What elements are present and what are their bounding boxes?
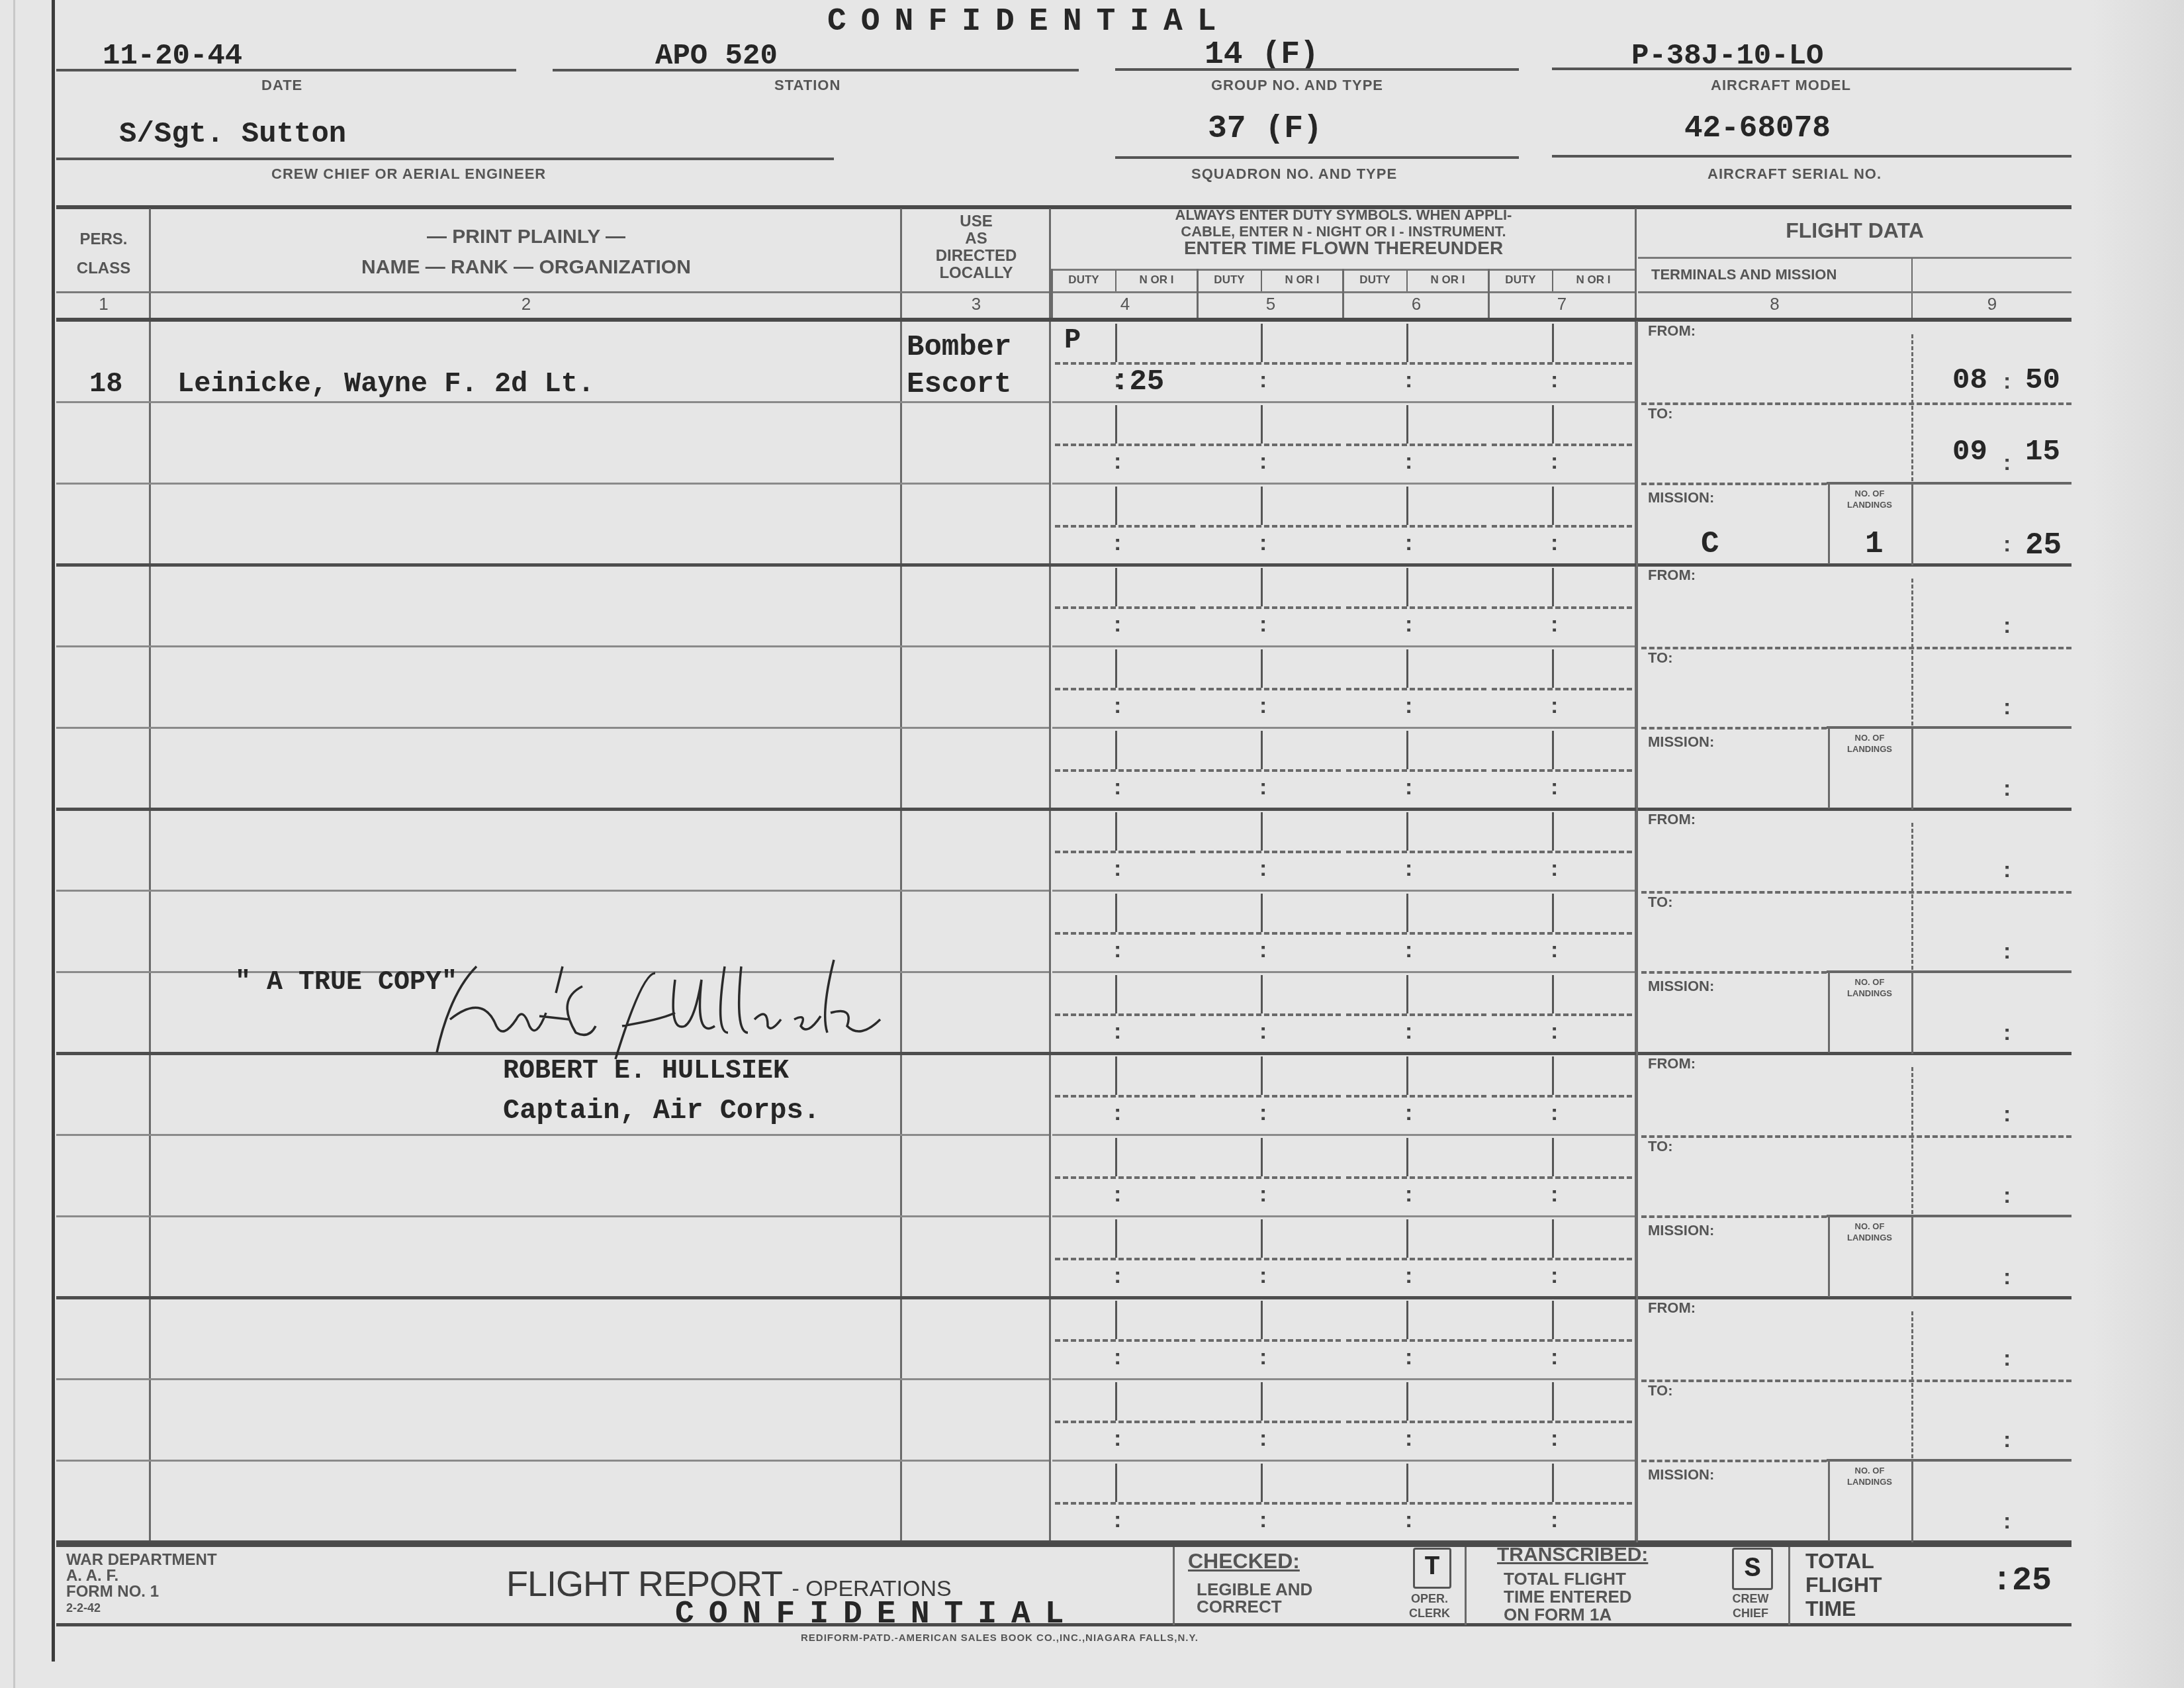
footer-top-rule bbox=[56, 1542, 2071, 1547]
duty-cell-tick bbox=[1261, 405, 1263, 444]
landings-label-2: LANDINGS bbox=[1830, 1476, 1909, 1487]
landings-label-2: LANDINGS bbox=[1830, 988, 1909, 999]
col2-number: 2 bbox=[152, 294, 900, 314]
flight-time-colon: : bbox=[2003, 1020, 2011, 1046]
row-rule-duty bbox=[1052, 645, 1635, 647]
flight-mission-label: MISSION: bbox=[1648, 733, 1714, 751]
crew-row-duty-symbol[interactable]: P bbox=[1064, 324, 1081, 356]
flight-time-colon: : bbox=[2003, 1427, 2011, 1453]
duty-cell-tick bbox=[1552, 1219, 1554, 1258]
date-value[interactable]: 11-20-44 bbox=[103, 40, 242, 73]
duty-cell-tick bbox=[1552, 324, 1554, 362]
duty-time-colon: : bbox=[1551, 1426, 1558, 1452]
duty-cell-dash bbox=[1492, 851, 1632, 853]
landings-label-1: NO. OF bbox=[1830, 488, 1909, 499]
crew-chief-initial-box[interactable]: S bbox=[1732, 1548, 1773, 1590]
col-divider-3 bbox=[1049, 209, 1051, 1546]
duty-time-colon: : bbox=[1259, 1019, 1267, 1045]
landings-label: NO. OF LANDINGS bbox=[1830, 488, 1909, 510]
transcribed-text-2: TIME ENTERED bbox=[1504, 1588, 1632, 1606]
flight-mission-label: MISSION: bbox=[1648, 978, 1714, 995]
duty-cell-tick bbox=[1552, 812, 1554, 851]
duty-cell-tick bbox=[1406, 812, 1408, 851]
duty-time-colon: : bbox=[1551, 449, 1558, 475]
block-rule bbox=[56, 1296, 2071, 1299]
checked-text-1: LEGIBLE AND bbox=[1197, 1581, 1312, 1598]
duty-cell-dash bbox=[1346, 444, 1486, 446]
signer-title: Captain, Air Corps. bbox=[503, 1095, 820, 1127]
duty-cell-tick bbox=[1406, 1138, 1408, 1176]
duty-time-colon: : bbox=[1551, 1263, 1558, 1289]
left-margin-border bbox=[52, 0, 55, 1662]
block-rule bbox=[56, 563, 2071, 567]
duty-time-colon: : bbox=[1259, 1100, 1267, 1126]
duty-cell-tick bbox=[1552, 731, 1554, 769]
dept-line4: 2-2-42 bbox=[66, 1600, 217, 1616]
transcribed-text-1: TOTAL FLIGHT bbox=[1504, 1570, 1632, 1588]
station-value[interactable]: APO 520 bbox=[655, 40, 778, 73]
duty-instructions-line1: ALWAYS ENTER DUTY SYMBOLS. WHEN APPLI- bbox=[1052, 207, 1635, 223]
flight-to-min[interactable]: 15 bbox=[2025, 436, 2060, 469]
row-rule-duty bbox=[1052, 727, 1635, 729]
duty-time-colon: : bbox=[1259, 774, 1267, 800]
col3-header-line1: USE bbox=[903, 213, 1049, 230]
duty-cell-tick bbox=[1115, 975, 1117, 1013]
flight-time-dash-divider bbox=[1911, 823, 1913, 970]
crew-chief-footer-label: CREW CHIEF bbox=[1724, 1591, 1777, 1620]
duty-cell-dash bbox=[1201, 932, 1341, 935]
crew-chief-footer-label-1: CREW bbox=[1724, 1591, 1777, 1606]
oper-clerk-label-1: OPER. bbox=[1403, 1591, 1456, 1606]
duty-cell-tick bbox=[1406, 1219, 1408, 1258]
duty-time-colon: : bbox=[1114, 856, 1121, 882]
station-underline bbox=[553, 69, 1079, 71]
footer-bottom-rule bbox=[56, 1623, 2071, 1626]
duty-cell-dash bbox=[1201, 688, 1341, 690]
crew-row-pers-class[interactable]: 18 bbox=[89, 368, 122, 400]
duty-cell-dash bbox=[1346, 1013, 1486, 1016]
duty-cell-dash bbox=[1201, 606, 1341, 609]
flight-time-dash-divider bbox=[1911, 334, 1913, 481]
checked-text-2: CORRECT bbox=[1197, 1598, 1312, 1615]
duty-cell-tick bbox=[1261, 1056, 1263, 1095]
duty-time-colon: : bbox=[1259, 1263, 1267, 1289]
flight-data-left-border bbox=[1636, 321, 1638, 1546]
duty-subheader-nori: N OR I bbox=[1115, 273, 1198, 287]
duty-cell-dash bbox=[1201, 851, 1341, 853]
duty-time-colon: : bbox=[1551, 1182, 1558, 1207]
duty-cell-tick bbox=[1115, 405, 1117, 444]
flight-time-divider bbox=[1911, 972, 1913, 1054]
duty-cell-dash bbox=[1492, 1339, 1632, 1342]
duty-cell-tick bbox=[1406, 975, 1408, 1013]
crew-row-use-line1[interactable]: Bomber bbox=[907, 331, 1011, 364]
flight-time-divider bbox=[1911, 728, 1913, 810]
duty-cell-dash bbox=[1055, 1176, 1195, 1179]
flight-to-rule-solid bbox=[1827, 726, 2071, 729]
flight-from-rule bbox=[1641, 1135, 2071, 1138]
landings-label-1: NO. OF bbox=[1830, 732, 1909, 743]
flight-time-colon: : bbox=[2003, 1102, 2011, 1127]
page-edge bbox=[13, 0, 15, 1688]
duty-time-colon: : bbox=[1259, 856, 1267, 882]
aircraft-serial-label: AIRCRAFT SERIAL NO. bbox=[1707, 165, 1882, 183]
col3-header-line3: DIRECTED bbox=[903, 248, 1049, 265]
duty-time-colon: : bbox=[1114, 1344, 1121, 1370]
aircraft-serial-value[interactable]: 42-68078 bbox=[1684, 111, 1831, 146]
duty-cell-tick bbox=[1115, 1219, 1117, 1258]
duty-cell-tick bbox=[1261, 1219, 1263, 1258]
duty-cell-dash bbox=[1201, 1502, 1341, 1505]
duty-cell-tick bbox=[1261, 487, 1263, 525]
duty-cell-tick bbox=[1552, 568, 1554, 606]
duty-cell-tick bbox=[1261, 812, 1263, 851]
flight-time-colon: : bbox=[2003, 776, 2011, 802]
duty-cell-tick bbox=[1261, 1464, 1263, 1502]
duty-cell-tick bbox=[1115, 1138, 1117, 1176]
duty-time-colon: : bbox=[1551, 367, 1558, 393]
duty-time-colon: : bbox=[1259, 1507, 1267, 1533]
col2-header-line1: — PRINT PLAINLY — bbox=[152, 222, 900, 252]
crew-row-duty-time[interactable]: :25 bbox=[1112, 365, 1164, 399]
duty-cell-tick bbox=[1115, 487, 1117, 525]
duty-time-colon: : bbox=[1405, 856, 1412, 882]
flight-to-rule bbox=[1641, 483, 1827, 485]
duty-subheader-duty: DUTY bbox=[1343, 273, 1406, 287]
col3-number: 3 bbox=[903, 294, 1049, 314]
duty-cell-tick bbox=[1552, 1464, 1554, 1502]
flight-to-rule bbox=[1641, 971, 1827, 974]
group-label: GROUP NO. AND TYPE bbox=[1211, 77, 1383, 94]
duty-cell-dash bbox=[1055, 606, 1195, 609]
aircraft-model-label: AIRCRAFT MODEL bbox=[1711, 77, 1851, 94]
landings-label: NO. OF LANDINGS bbox=[1830, 976, 1909, 999]
flight-from-rule bbox=[1641, 402, 2071, 405]
duty-time-colon: : bbox=[1259, 1344, 1267, 1370]
date-label: DATE bbox=[261, 77, 302, 94]
duty-cell-dash bbox=[1492, 1502, 1632, 1505]
col9-number: 9 bbox=[1913, 294, 2071, 314]
duty-cell-dash bbox=[1055, 362, 1195, 365]
flight-from-rule bbox=[1641, 891, 2071, 894]
flight-to-hour[interactable]: 09 bbox=[1952, 436, 1987, 469]
duty-time-colon: : bbox=[1259, 693, 1267, 719]
flight-time-colon: : bbox=[2003, 369, 2011, 395]
duty-cell-dash bbox=[1201, 1421, 1341, 1423]
oper-clerk-label: OPER. CLERK bbox=[1403, 1591, 1456, 1620]
duty-cell-dash bbox=[1492, 444, 1632, 446]
duty-time-colon: : bbox=[1405, 1019, 1412, 1045]
block-rule bbox=[56, 1052, 2071, 1055]
date-underline bbox=[56, 69, 516, 71]
duty-subheader-duty: DUTY bbox=[1489, 273, 1552, 287]
dept-line2: A. A. F. bbox=[66, 1568, 217, 1584]
col3-header-line4: LOCALLY bbox=[903, 265, 1049, 282]
flight-duration[interactable]: 25 bbox=[2025, 528, 2062, 563]
flight-time-dash-divider bbox=[1911, 1067, 1913, 1214]
duty-cell-dash bbox=[1492, 1258, 1632, 1260]
flight-time-colon: : bbox=[2003, 450, 2011, 476]
flight-time-colon: : bbox=[2003, 1264, 2011, 1290]
landings-label-1: NO. OF bbox=[1830, 1221, 1909, 1232]
duty-cell-tick bbox=[1115, 731, 1117, 769]
row-rule-duty bbox=[1052, 1215, 1635, 1217]
duty-cell-tick bbox=[1406, 731, 1408, 769]
footer-divider-transcribed bbox=[1465, 1547, 1467, 1625]
duty-time-colon: : bbox=[1259, 612, 1267, 637]
flight-to-rule bbox=[1641, 1460, 1827, 1462]
landings-label: NO. OF LANDINGS bbox=[1830, 1221, 1909, 1243]
duty-cell-tick bbox=[1261, 894, 1263, 932]
duty-cell-tick bbox=[1115, 324, 1117, 362]
duty-cell-dash bbox=[1055, 444, 1195, 446]
duty-group-number: 7 bbox=[1489, 294, 1635, 314]
duty-cell-dash bbox=[1055, 1421, 1195, 1423]
duty-time-colon: : bbox=[1551, 937, 1558, 963]
col3-header: USE AS DIRECTED LOCALLY bbox=[903, 213, 1049, 282]
duty-time-colon: : bbox=[1405, 1182, 1412, 1207]
crew-row-use-line2[interactable]: Escort bbox=[907, 368, 1011, 401]
duty-cell-tick bbox=[1552, 1301, 1554, 1339]
duty-cell-tick bbox=[1406, 1301, 1408, 1339]
total-label-2: FLIGHT bbox=[1805, 1573, 1882, 1597]
group-underline bbox=[1115, 68, 1519, 71]
col8-number: 8 bbox=[1638, 294, 1911, 314]
duty-time-colon: : bbox=[1114, 693, 1121, 719]
duty-cell-dash bbox=[1055, 1339, 1195, 1342]
duty-cell-tick bbox=[1261, 1301, 1263, 1339]
flight-to-rule-solid bbox=[1827, 970, 2071, 973]
flight-mission-label: MISSION: bbox=[1648, 1466, 1714, 1483]
duty-time-colon: : bbox=[1405, 1100, 1412, 1126]
duty-time-colon: : bbox=[1551, 530, 1558, 556]
flight-from-label: FROM: bbox=[1648, 811, 1696, 828]
row-rule-duty bbox=[1052, 483, 1635, 485]
duty-cell-dash bbox=[1201, 1013, 1341, 1016]
flight-time-colon: : bbox=[2003, 1346, 2011, 1372]
col2-header: — PRINT PLAINLY — NAME — RANK — ORGANIZA… bbox=[152, 222, 900, 283]
crew-chief-value[interactable]: S/Sgt. Sutton bbox=[119, 118, 346, 151]
colnum-rule bbox=[56, 291, 1049, 293]
duty-time-colon: : bbox=[1551, 1019, 1558, 1045]
duty-cell-dash bbox=[1346, 932, 1486, 935]
oper-clerk-label-2: CLERK bbox=[1403, 1606, 1456, 1620]
row-rule bbox=[56, 727, 1049, 729]
duty-cell-tick bbox=[1115, 649, 1117, 688]
row-rule-duty bbox=[1052, 1378, 1635, 1380]
duty-cell-tick bbox=[1115, 1382, 1117, 1421]
duty-time-colon: : bbox=[1114, 1019, 1121, 1045]
squadron-value[interactable]: 37 (F) bbox=[1208, 111, 1322, 147]
flight-time-dash-divider bbox=[1911, 579, 1913, 726]
flight-time-colon: : bbox=[2003, 1509, 2011, 1534]
row-rule bbox=[56, 1134, 1049, 1136]
duty-cell-dash bbox=[1055, 1258, 1195, 1260]
duty-cell-dash bbox=[1201, 362, 1341, 365]
duty-time-colon: : bbox=[1551, 774, 1558, 800]
duty-cell-dash bbox=[1346, 769, 1486, 772]
duty-cell-tick bbox=[1406, 1056, 1408, 1095]
duty-cell-dash bbox=[1492, 932, 1632, 935]
flight-mission-code[interactable]: C bbox=[1701, 527, 1719, 561]
duty-cell-dash bbox=[1492, 525, 1632, 528]
duty-cell-tick bbox=[1261, 1138, 1263, 1176]
duty-group-number: 5 bbox=[1198, 294, 1343, 314]
oper-clerk-initial-box[interactable]: T bbox=[1413, 1548, 1451, 1589]
station-label: STATION bbox=[774, 77, 841, 94]
flight-data-title-rule bbox=[1638, 257, 2071, 259]
transcribed-text-3: ON FORM 1A bbox=[1504, 1606, 1632, 1624]
squadron-underline bbox=[1115, 156, 1519, 159]
crew-chief-underline bbox=[56, 158, 834, 160]
row-rule bbox=[56, 1460, 1049, 1462]
group-value[interactable]: 14 (F) bbox=[1205, 37, 1319, 73]
flight-to-label: TO: bbox=[1648, 894, 1672, 911]
duty-cell-tick bbox=[1261, 975, 1263, 1013]
duty-cell-dash bbox=[1492, 362, 1632, 365]
duty-cell-dash bbox=[1346, 851, 1486, 853]
duty-time-colon: : bbox=[1114, 774, 1121, 800]
duty-cell-dash bbox=[1492, 688, 1632, 690]
duty-time-colon: : bbox=[1551, 1344, 1558, 1370]
transcribed-text: TOTAL FLIGHT TIME ENTERED ON FORM 1A bbox=[1504, 1570, 1632, 1624]
duty-cell-dash bbox=[1346, 606, 1486, 609]
flight-mission-label: MISSION: bbox=[1648, 489, 1714, 506]
duty-cell-dash bbox=[1055, 1502, 1195, 1505]
flight-time-colon: : bbox=[2003, 613, 2011, 639]
flight-from-rule bbox=[1641, 647, 2071, 649]
flight-data-subheader: TERMINALS AND MISSION bbox=[1651, 266, 1837, 283]
duty-cell-tick bbox=[1406, 1382, 1408, 1421]
duty-cell-tick bbox=[1406, 649, 1408, 688]
duty-cell-dash bbox=[1492, 1176, 1632, 1179]
flight-to-rule bbox=[1641, 1215, 1827, 1218]
flight-time-colon: : bbox=[2003, 694, 2011, 720]
row-rule bbox=[56, 645, 1049, 647]
flight-to-rule-solid bbox=[1827, 1215, 2071, 1217]
flight-from-hour[interactable]: 08 bbox=[1952, 364, 1987, 397]
duty-time-colon: : bbox=[1259, 1426, 1267, 1452]
duty-time-colon: : bbox=[1114, 1182, 1121, 1207]
duty-cell-dash bbox=[1492, 1013, 1632, 1016]
flight-time-divider bbox=[1911, 484, 1913, 565]
duty-time-colon: : bbox=[1551, 693, 1558, 719]
duty-cell-dash bbox=[1492, 1095, 1632, 1098]
row-rule-duty bbox=[1052, 1134, 1635, 1136]
duty-cell-dash bbox=[1492, 1421, 1632, 1423]
duty-cell-dash bbox=[1201, 525, 1341, 528]
duty-cell-tick bbox=[1552, 894, 1554, 932]
duty-time-colon: : bbox=[1114, 1426, 1121, 1452]
duty-instructions: ALWAYS ENTER DUTY SYMBOLS. WHEN APPLI- C… bbox=[1052, 207, 1635, 256]
duty-cell-dash bbox=[1055, 769, 1195, 772]
page-right-edge bbox=[2091, 0, 2184, 1688]
duty-time-colon: : bbox=[1259, 449, 1267, 475]
flight-time-colon: : bbox=[2003, 939, 2011, 964]
flight-to-rule-solid bbox=[1827, 1459, 2071, 1462]
duty-cell-dash bbox=[1201, 1176, 1341, 1179]
transcribed-label: TRANSCRIBED: bbox=[1497, 1544, 1648, 1566]
duty-cell-tick bbox=[1406, 324, 1408, 362]
row-rule bbox=[56, 890, 1049, 892]
landings-label-2: LANDINGS bbox=[1830, 1232, 1909, 1243]
duty-subheader-duty: DUTY bbox=[1198, 273, 1261, 287]
duty-cell-tick bbox=[1115, 568, 1117, 606]
flight-to-label: TO: bbox=[1648, 1382, 1672, 1399]
total-flight-time-label: TOTAL FLIGHT TIME bbox=[1805, 1549, 1882, 1620]
flight-mission-label: MISSION: bbox=[1648, 1222, 1714, 1239]
dept-block: WAR DEPARTMENT A. A. F. FORM NO. 1 2-2-4… bbox=[66, 1552, 217, 1616]
duty-cell-tick bbox=[1115, 812, 1117, 851]
duty-cell-tick bbox=[1552, 975, 1554, 1013]
duty-time-colon: : bbox=[1114, 530, 1121, 556]
duty-cell-tick bbox=[1552, 405, 1554, 444]
flight-from-rule bbox=[1641, 1380, 2071, 1382]
duty-time-colon: : bbox=[1405, 937, 1412, 963]
row-rule bbox=[56, 1378, 1049, 1380]
duty-cell-dash bbox=[1201, 1258, 1341, 1260]
duty-subheader-nori: N OR I bbox=[1261, 273, 1343, 287]
landings-label-1: NO. OF bbox=[1830, 976, 1909, 988]
flight-time-colon: : bbox=[2003, 532, 2011, 557]
aircraft-model-underline bbox=[1552, 68, 2071, 70]
flight-from-label: FROM: bbox=[1648, 567, 1696, 584]
duty-time-colon: : bbox=[1405, 1426, 1412, 1452]
duty-cell-tick bbox=[1406, 405, 1408, 444]
duty-cell-dash bbox=[1055, 1095, 1195, 1098]
duty-time-colon: : bbox=[1114, 449, 1121, 475]
flight-to-label: TO: bbox=[1648, 1138, 1672, 1155]
duty-time-colon: : bbox=[1259, 367, 1267, 393]
col1-header-line2: CLASS bbox=[58, 254, 149, 283]
duty-cell-tick bbox=[1552, 487, 1554, 525]
duty-cell-dash bbox=[1346, 688, 1486, 690]
landings-label-2: LANDINGS bbox=[1830, 743, 1909, 755]
duty-cell-dash bbox=[1201, 769, 1341, 772]
duty-cell-dash bbox=[1055, 525, 1195, 528]
duty-group-number: 4 bbox=[1052, 294, 1198, 314]
checked-text: LEGIBLE AND CORRECT bbox=[1197, 1581, 1312, 1615]
duty-subheader-nori: N OR I bbox=[1406, 273, 1489, 287]
flight-time-divider bbox=[1911, 1217, 1913, 1298]
row-rule bbox=[56, 1215, 1049, 1217]
duty-cell-dash bbox=[1055, 932, 1195, 935]
flight-time-colon: : bbox=[2003, 1183, 2011, 1209]
duty-time-colon: : bbox=[1114, 1100, 1121, 1126]
duty-cell-dash bbox=[1201, 1095, 1341, 1098]
duty-cell-dash bbox=[1346, 1421, 1486, 1423]
duty-time-colon: : bbox=[1405, 612, 1412, 637]
checked-label: CHECKED: bbox=[1188, 1549, 1300, 1573]
signer-name: ROBERT E. HULLSIEK bbox=[503, 1056, 789, 1086]
duty-time-colon: : bbox=[1259, 1182, 1267, 1207]
total-flight-time-value[interactable]: :25 bbox=[1992, 1562, 2052, 1600]
flight-from-label: FROM: bbox=[1648, 1299, 1696, 1317]
flight-time-dash-divider bbox=[1911, 1311, 1913, 1458]
duty-cell-tick bbox=[1115, 1056, 1117, 1095]
crew-chief-footer-label-2: CHIEF bbox=[1724, 1606, 1777, 1620]
total-label-3: TIME bbox=[1805, 1597, 1882, 1620]
duty-time-colon: : bbox=[1551, 856, 1558, 882]
flight-to-label: TO: bbox=[1648, 649, 1672, 667]
duty-cell-tick bbox=[1552, 1056, 1554, 1095]
duty-cell-dash bbox=[1201, 444, 1341, 446]
flight-from-min[interactable]: 50 bbox=[2025, 364, 2060, 397]
duty-cell-tick bbox=[1552, 1138, 1554, 1176]
flight-landings[interactable]: 1 bbox=[1865, 527, 1884, 561]
duty-cell-dash bbox=[1346, 362, 1486, 365]
crew-row-name[interactable]: Leinicke, Wayne F. 2d Lt. bbox=[177, 368, 594, 400]
